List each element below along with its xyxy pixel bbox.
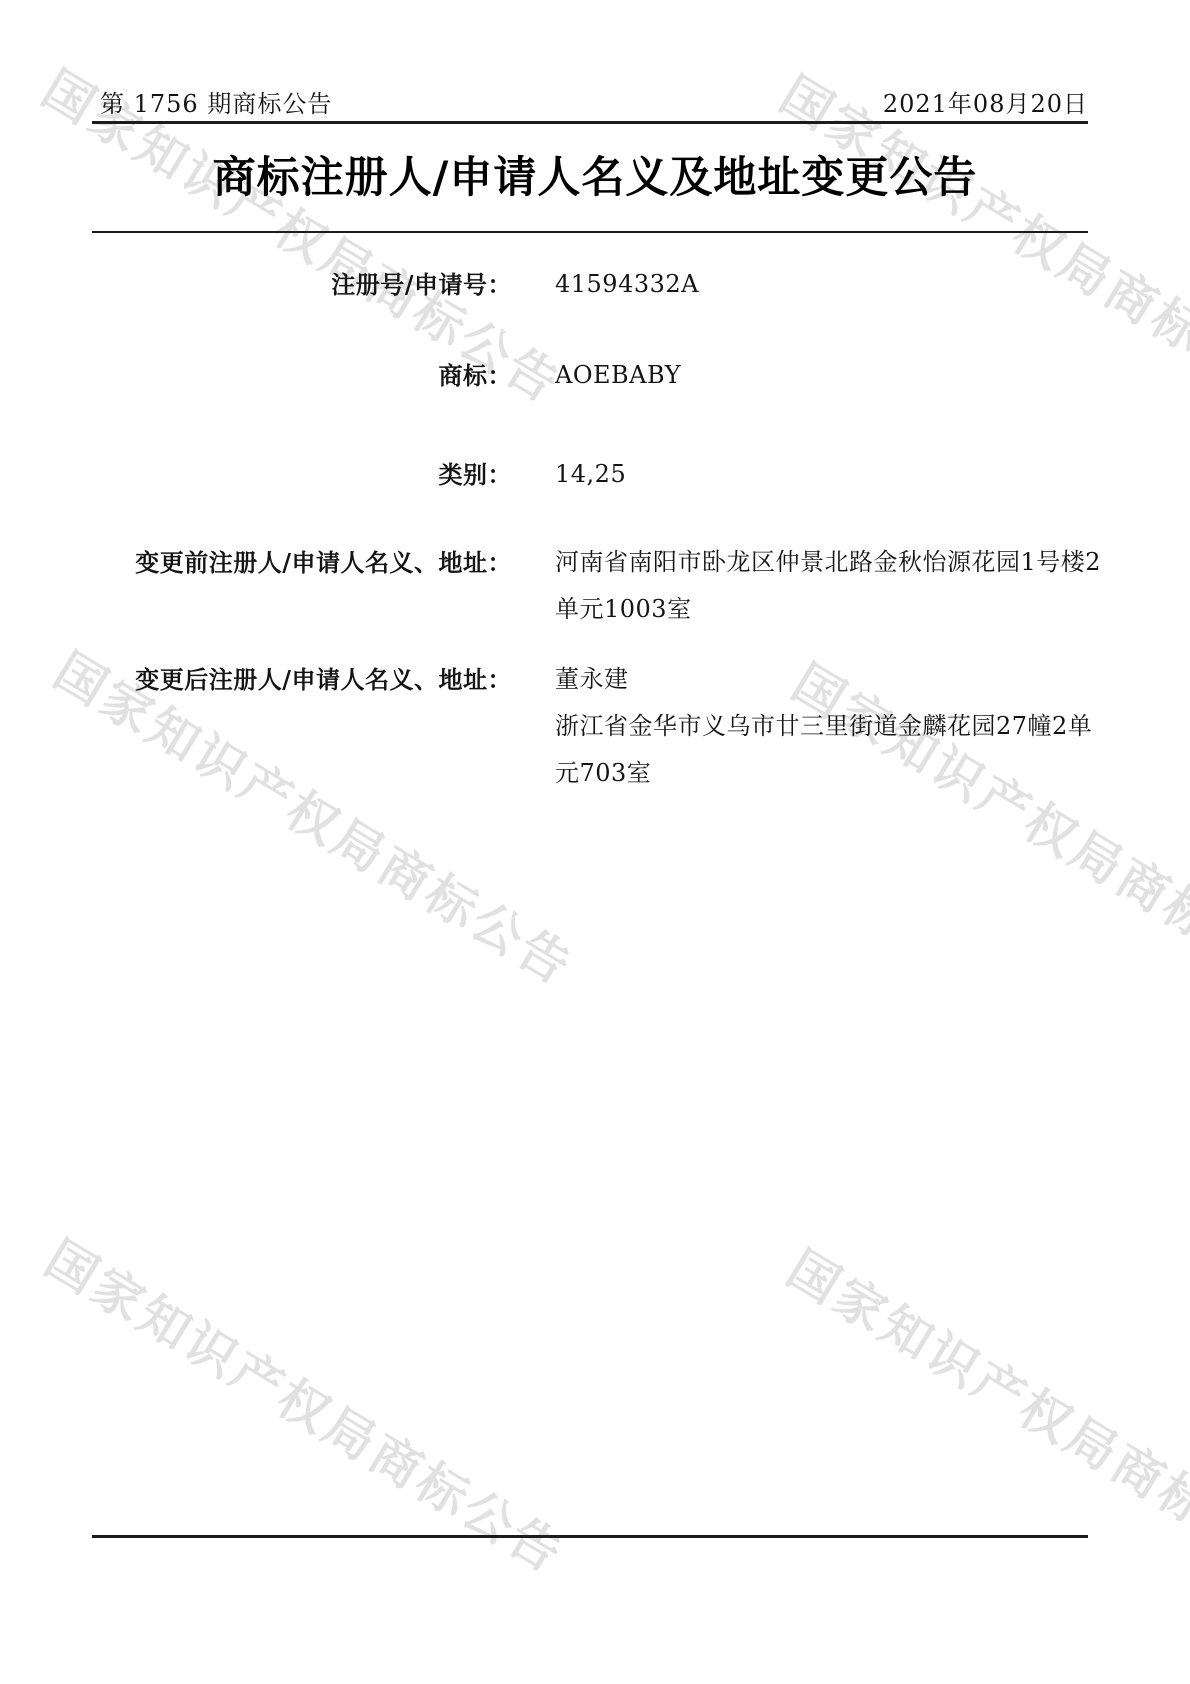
gazette-page: 国家知识产权局商标公告 国家知识产权局商标公告 国家知识产权局商标公告 国家知识… <box>0 0 1190 1684</box>
field-label: 商标： <box>92 352 512 399</box>
field-value-line: 41594332A <box>555 261 1100 308</box>
field-value-line: 浙江省金华市义乌市廿三里街道金麟花园27幢2单 <box>555 703 1100 750</box>
field-value-line: AOEBABY <box>555 352 1100 399</box>
field-value: 14,25 <box>555 451 1100 498</box>
page-title: 商标注册人/申请人名义及地址变更公告 <box>0 144 1190 205</box>
header-rule <box>92 121 1088 124</box>
field-value-line: 元703室 <box>555 750 1100 797</box>
watermark-text: 国家知识产权局商标公告 <box>776 1230 1190 1598</box>
field-label: 注册号/申请号： <box>92 261 512 308</box>
field-value: 41594332A <box>555 261 1100 308</box>
title-rule <box>92 231 1088 233</box>
field-value: AOEBABY <box>555 352 1100 399</box>
field-value-line: 河南省南阳市卧龙区仲景北路金秋怡源花园1号楼2 <box>555 539 1100 586</box>
gazette-issue-number: 第 1756 期商标公告 <box>100 84 332 119</box>
field-value-line: 董永建 <box>555 656 1100 703</box>
watermark-text: 国家知识产权局商标公告 <box>34 1220 580 1588</box>
field-label: 类别： <box>92 451 512 498</box>
footer-rule <box>92 1535 1088 1538</box>
field-value: 河南省南阳市卧龙区仲景北路金秋怡源花园1号楼2 单元1003室 <box>555 539 1100 633</box>
field-label: 变更前注册人/申请人名义、地址： <box>92 539 512 586</box>
field-value-line: 单元1003室 <box>555 586 1100 633</box>
field-label: 变更后注册人/申请人名义、地址： <box>92 656 512 703</box>
field-value: 董永建 浙江省金华市义乌市廿三里街道金麟花园27幢2单 元703室 <box>555 656 1100 797</box>
field-value-line: 14,25 <box>555 451 1100 498</box>
gazette-date: 2021年08月20日 <box>883 84 1088 119</box>
